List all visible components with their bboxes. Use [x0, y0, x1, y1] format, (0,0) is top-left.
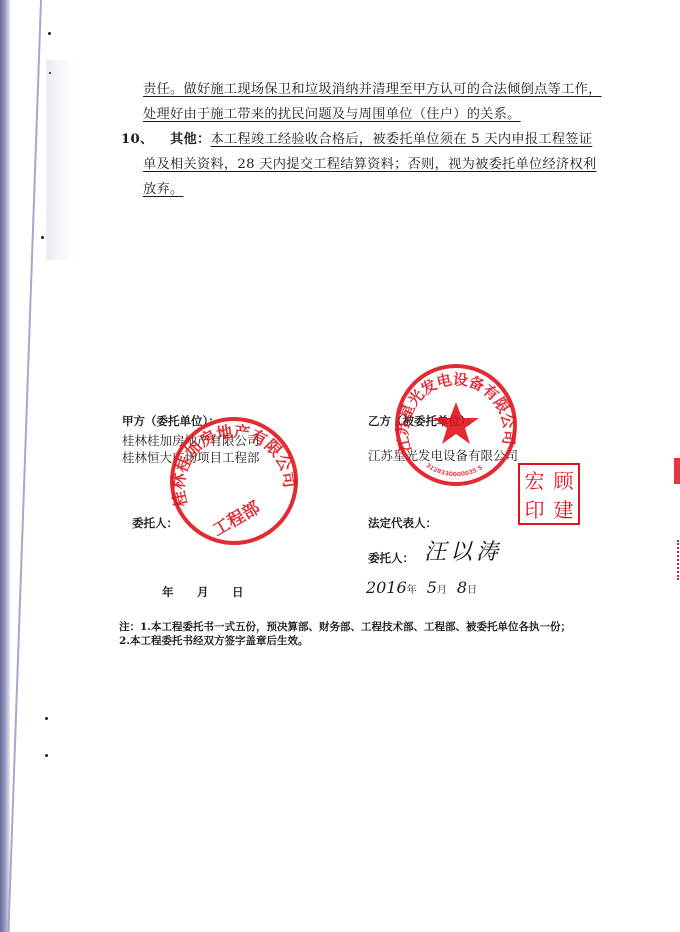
- svg-text:桂林桂加房地产有限公司: 桂林桂加房地产有限公司: [169, 422, 300, 509]
- seal-char: 印: [525, 494, 545, 523]
- clause-10-line-3: 放弃。: [143, 178, 183, 197]
- note-line-2: 2.本工程委托书经双方签字盖章后生效。: [119, 633, 308, 648]
- svg-text:3128330000035 5: 3128330000035 5: [425, 462, 484, 478]
- speck: [49, 72, 51, 74]
- speck: [41, 236, 44, 239]
- scan-shade: [46, 60, 76, 260]
- date-month-handwritten: 5: [427, 578, 437, 597]
- party-b-delegate-label: 委托人：: [368, 550, 414, 566]
- speck: [48, 32, 51, 35]
- seal-char: 宏: [525, 465, 545, 494]
- clause-10-line-1: 其他：本工程竣工经验收合格后，被委托单位须在 5 天内申报工程签证: [170, 128, 592, 147]
- paragraph-line-1: 责任。做好施工现场保卫和垃圾消纳并清理至甲方认可的合法倾倒点等工作，: [143, 78, 602, 97]
- speck: [45, 717, 48, 720]
- note-line-1: 注：1.本工程委托书一式五份，预决算部、财务部、工程技术部、工程部、被委托单位各…: [119, 619, 571, 634]
- party-b-company-seal: 江苏星光发电设备有限公司 3128330000035 5: [393, 362, 519, 488]
- party-a-date-month: 月: [197, 584, 209, 600]
- star-icon: [433, 402, 479, 444]
- seal-inner-text: 工程部: [209, 497, 264, 541]
- speck: [45, 754, 48, 757]
- date-month-label: 月: [437, 585, 447, 596]
- clause-title: 其他：: [170, 132, 210, 147]
- date-day-handwritten: 8: [457, 578, 467, 597]
- seal-char: 建: [554, 494, 574, 523]
- party-b-date: 2016年 5月 8日: [366, 578, 477, 597]
- clause-10-line-2: 单及相关资料，28 天内提交工程结算资料；否则，视为被委托单位经济权利: [143, 153, 596, 172]
- party-a-date-year: 年: [162, 584, 174, 600]
- paragraph-line-2: 处理好由于施工带来的扰民问题及与周围单位（住户）的关系。: [143, 103, 521, 122]
- date-year-label: 年: [407, 585, 417, 596]
- personal-name-seal: 宏 顾 印 建: [518, 463, 580, 525]
- party-b-delegate-signature: 汪以涛: [424, 535, 502, 566]
- date-year-handwritten: 2016: [366, 578, 407, 597]
- seal-outer-text: 桂林桂加房地产有限公司: [169, 422, 300, 509]
- scan-edge-shadow: [0, 0, 10, 932]
- date-day-label: 日: [467, 585, 477, 596]
- party-b-legal-rep-label: 法定代表人：: [368, 515, 437, 531]
- paper-fold-line: [7, 0, 42, 932]
- seal-serial: 3128330000035 5: [425, 462, 484, 478]
- clause-text: 本工程竣工经验收合格后，被委托单位须在 5 天内申报工程签证: [210, 132, 592, 147]
- partial-seal-fragment: [674, 458, 680, 484]
- seal-char: 顾: [554, 465, 574, 494]
- party-a-company-seal: 桂林桂加房地产有限公司 工程部: [168, 415, 300, 547]
- clause-number: 10、: [121, 128, 153, 147]
- party-a-date-day: 日: [232, 584, 244, 600]
